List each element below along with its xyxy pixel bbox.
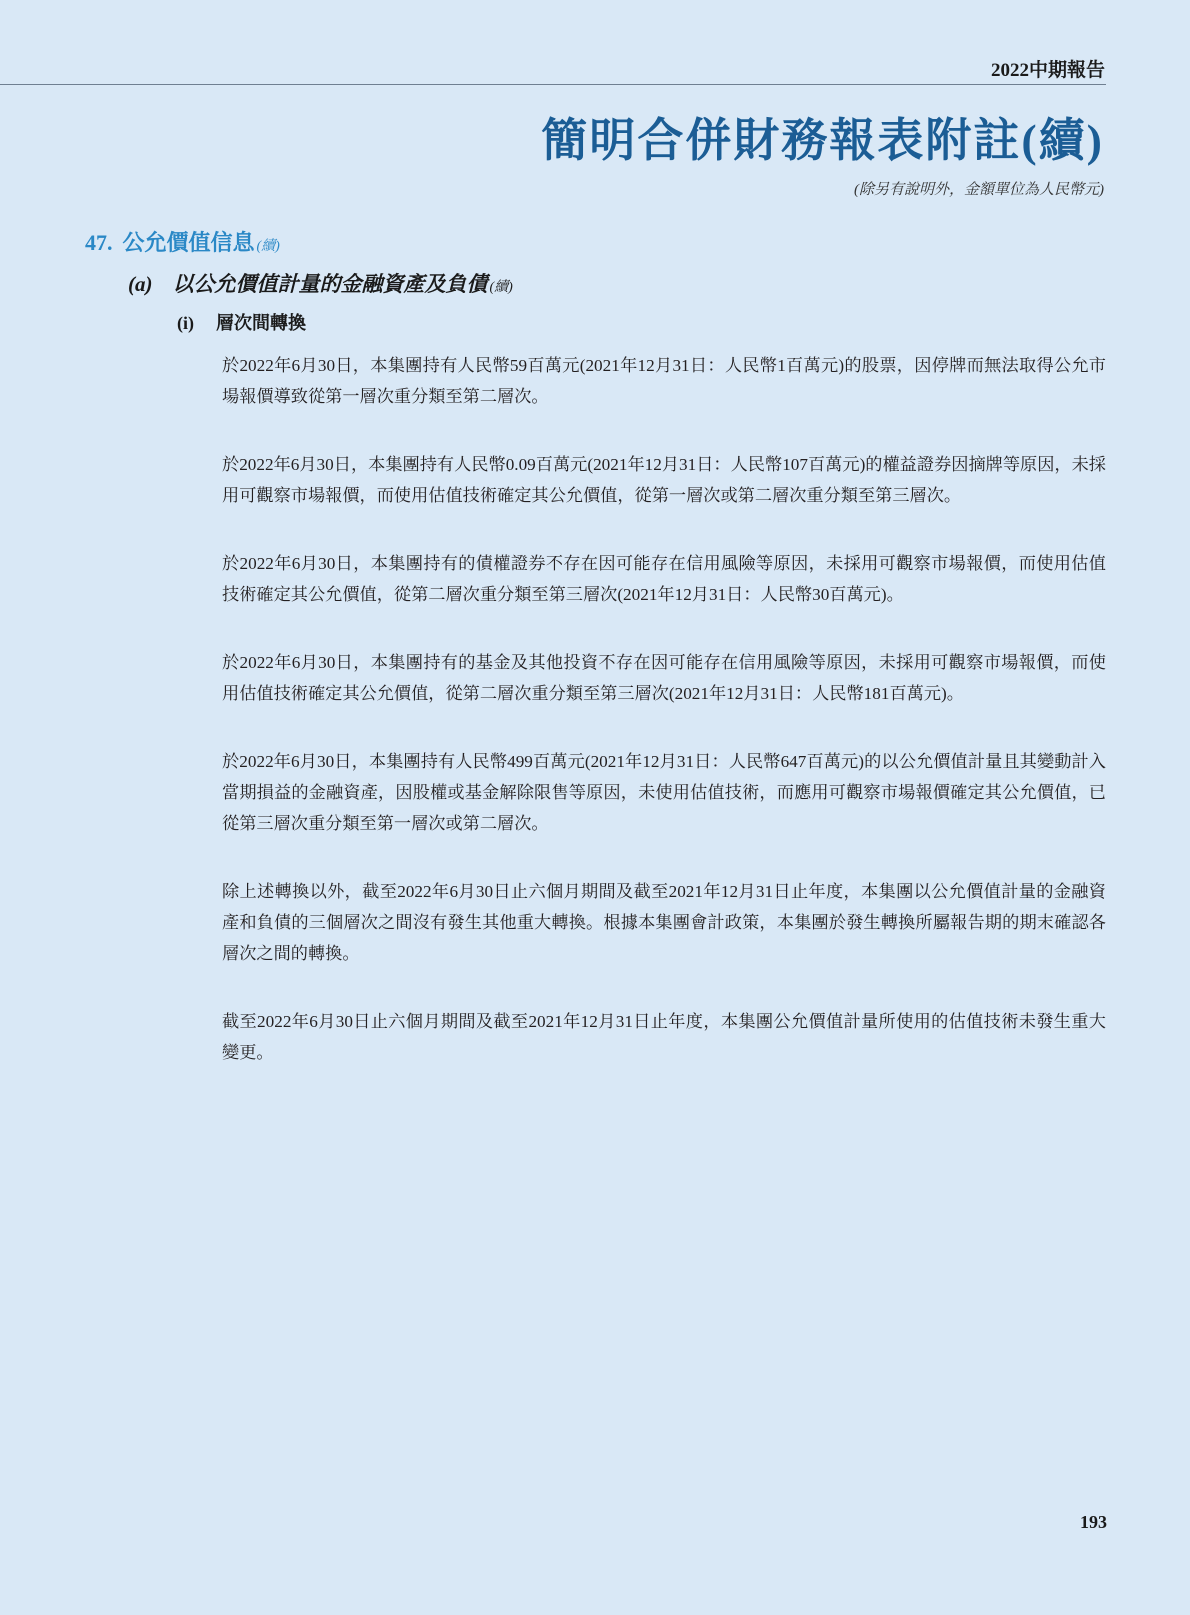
paragraph: 於2022年6月30日，本集團持有人民幣499百萬元(2021年12月31日：人…: [222, 746, 1106, 839]
paragraph: 於2022年6月30日，本集團持有人民幣0.09百萬元(2021年12月31日：…: [222, 449, 1106, 511]
page-number: 193: [1080, 1512, 1107, 1533]
section-title: 公允價值信息: [123, 230, 255, 255]
header-rule: [0, 84, 1106, 85]
item-label: (i): [177, 313, 194, 333]
body-paragraphs: 於2022年6月30日，本集團持有人民幣59百萬元(2021年12月31日：人民…: [222, 350, 1106, 1105]
unit-note: (除另有說明外，金額單位為人民幣元): [854, 178, 1104, 199]
subsection-heading: (a)以公允價值計量的金融資產及負債(續): [128, 268, 513, 298]
section-number: 47.: [85, 230, 113, 255]
section-heading: 47.公允價值信息(續): [85, 226, 280, 257]
paragraph: 截至2022年6月30日止六個月期間及截至2021年12月31日止年度，本集團公…: [222, 1006, 1106, 1068]
paragraph: 於2022年6月30日，本集團持有的基金及其他投資不存在因可能存在信用風險等原因…: [222, 647, 1106, 709]
paragraph: 於2022年6月30日，本集團持有人民幣59百萬元(2021年12月31日：人民…: [222, 350, 1106, 412]
paragraph: 除上述轉換以外，截至2022年6月30日止六個月期間及截至2021年12月31日…: [222, 876, 1106, 969]
subsection-label: (a): [128, 272, 153, 296]
item-heading: (i)層次間轉換: [177, 309, 306, 335]
section-cont: (續): [257, 239, 280, 254]
subsection-title: 以公允價值計量的金融資產及負債: [173, 272, 488, 296]
paragraph: 於2022年6月30日，本集團持有的債權證券不存在因可能存在信用風險等原因，未採…: [222, 548, 1106, 610]
page-title: 簡明合併財務報表附註(續): [541, 104, 1104, 170]
report-label: 2022中期報告: [991, 55, 1105, 82]
item-title: 層次間轉換: [216, 313, 306, 333]
subsection-cont: (續): [490, 280, 513, 295]
